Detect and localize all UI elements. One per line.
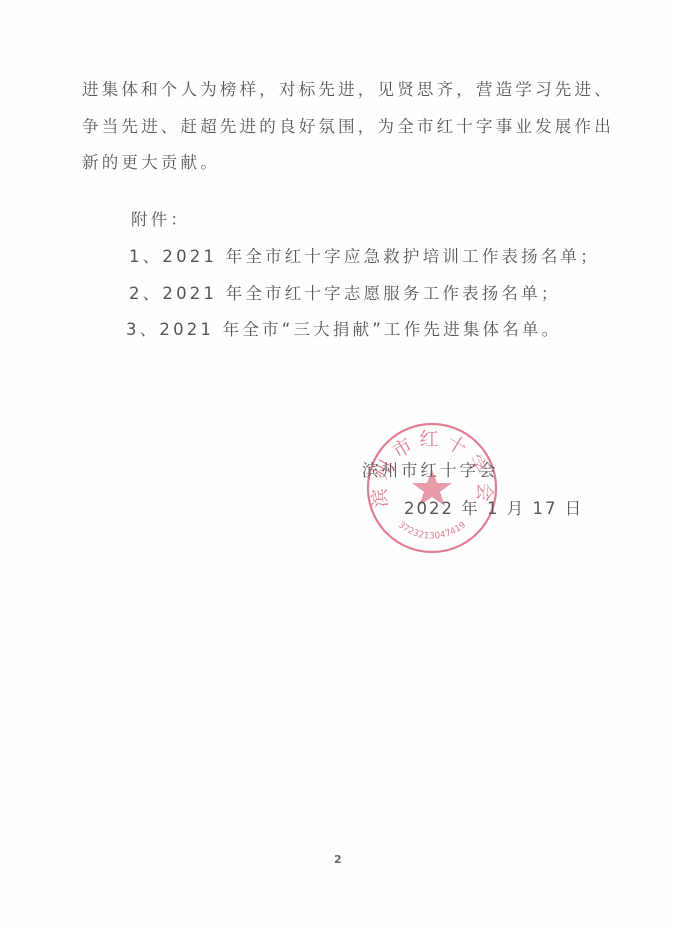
signature-organization: 滨州市红十字会 — [362, 457, 499, 481]
official-seal-stamp: 滨州市红十字会 3723213047419 — [365, 421, 499, 555]
attachment-item-2: 2、2021 年全市红十字志愿服务工作表扬名单； — [129, 280, 561, 304]
body-line-3: 新的更大贡献。 — [82, 149, 220, 173]
body-line-2: 争当先进、赶超先进的良好氛围，为全市红十字事业发展作出 — [82, 113, 614, 137]
attachment-item-1: 1、2021 年全市红十字应急救护培训工作表扬名单； — [129, 243, 600, 267]
attachments-heading: 附件： — [131, 206, 190, 230]
body-line-1: 进集体和个人为榜样，对标先进，见贤思齐，营造学习先进、 — [82, 76, 614, 100]
signature-date: 2022 年 1 月 17 日 — [404, 495, 583, 519]
page-number: 2 — [334, 853, 342, 866]
svg-text:3723213047419: 3723213047419 — [396, 520, 468, 541]
attachment-item-3: 3、2021 年全市“三大捐献”工作先进集体名单。 — [126, 316, 561, 340]
document-page: 进集体和个人为榜样，对标先进，见贤思齐，营造学习先进、 争当先进、赶超先进的良好… — [0, 0, 675, 929]
stamp-code: 3723213047419 — [396, 520, 468, 541]
